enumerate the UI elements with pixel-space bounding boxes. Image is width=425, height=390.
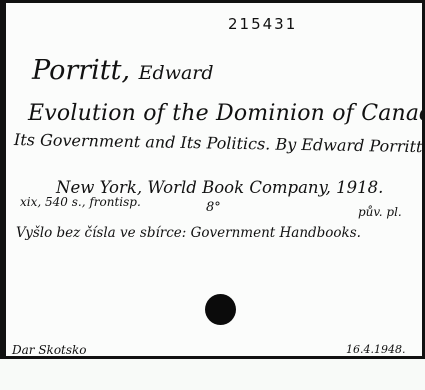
punch-hole xyxy=(205,294,236,325)
collation: xix, 540 s., frontisp. xyxy=(20,195,141,209)
series-note: Vyšlo bez čísla ve sbírce: Government Ha… xyxy=(16,225,361,241)
title-line-1: Evolution of the Dominion of Canada. xyxy=(28,101,425,126)
author-heading: Porritt, Edward xyxy=(32,55,214,86)
format-size: 8° xyxy=(206,200,221,215)
catalog-card: 215431 Porritt, Edward Evolution of the … xyxy=(0,0,425,359)
author-surname: Porritt, xyxy=(32,55,130,86)
provenance-note: Dar Skotsko xyxy=(12,343,87,357)
title-line-2: Its Government and Its Politics. By Edwa… xyxy=(14,130,425,156)
binding-note: pův. pl. xyxy=(358,205,402,219)
author-given-name: Edward xyxy=(139,62,214,84)
accession-date: 16.4.1948. xyxy=(346,343,405,356)
call-number: 215431 xyxy=(228,15,297,33)
